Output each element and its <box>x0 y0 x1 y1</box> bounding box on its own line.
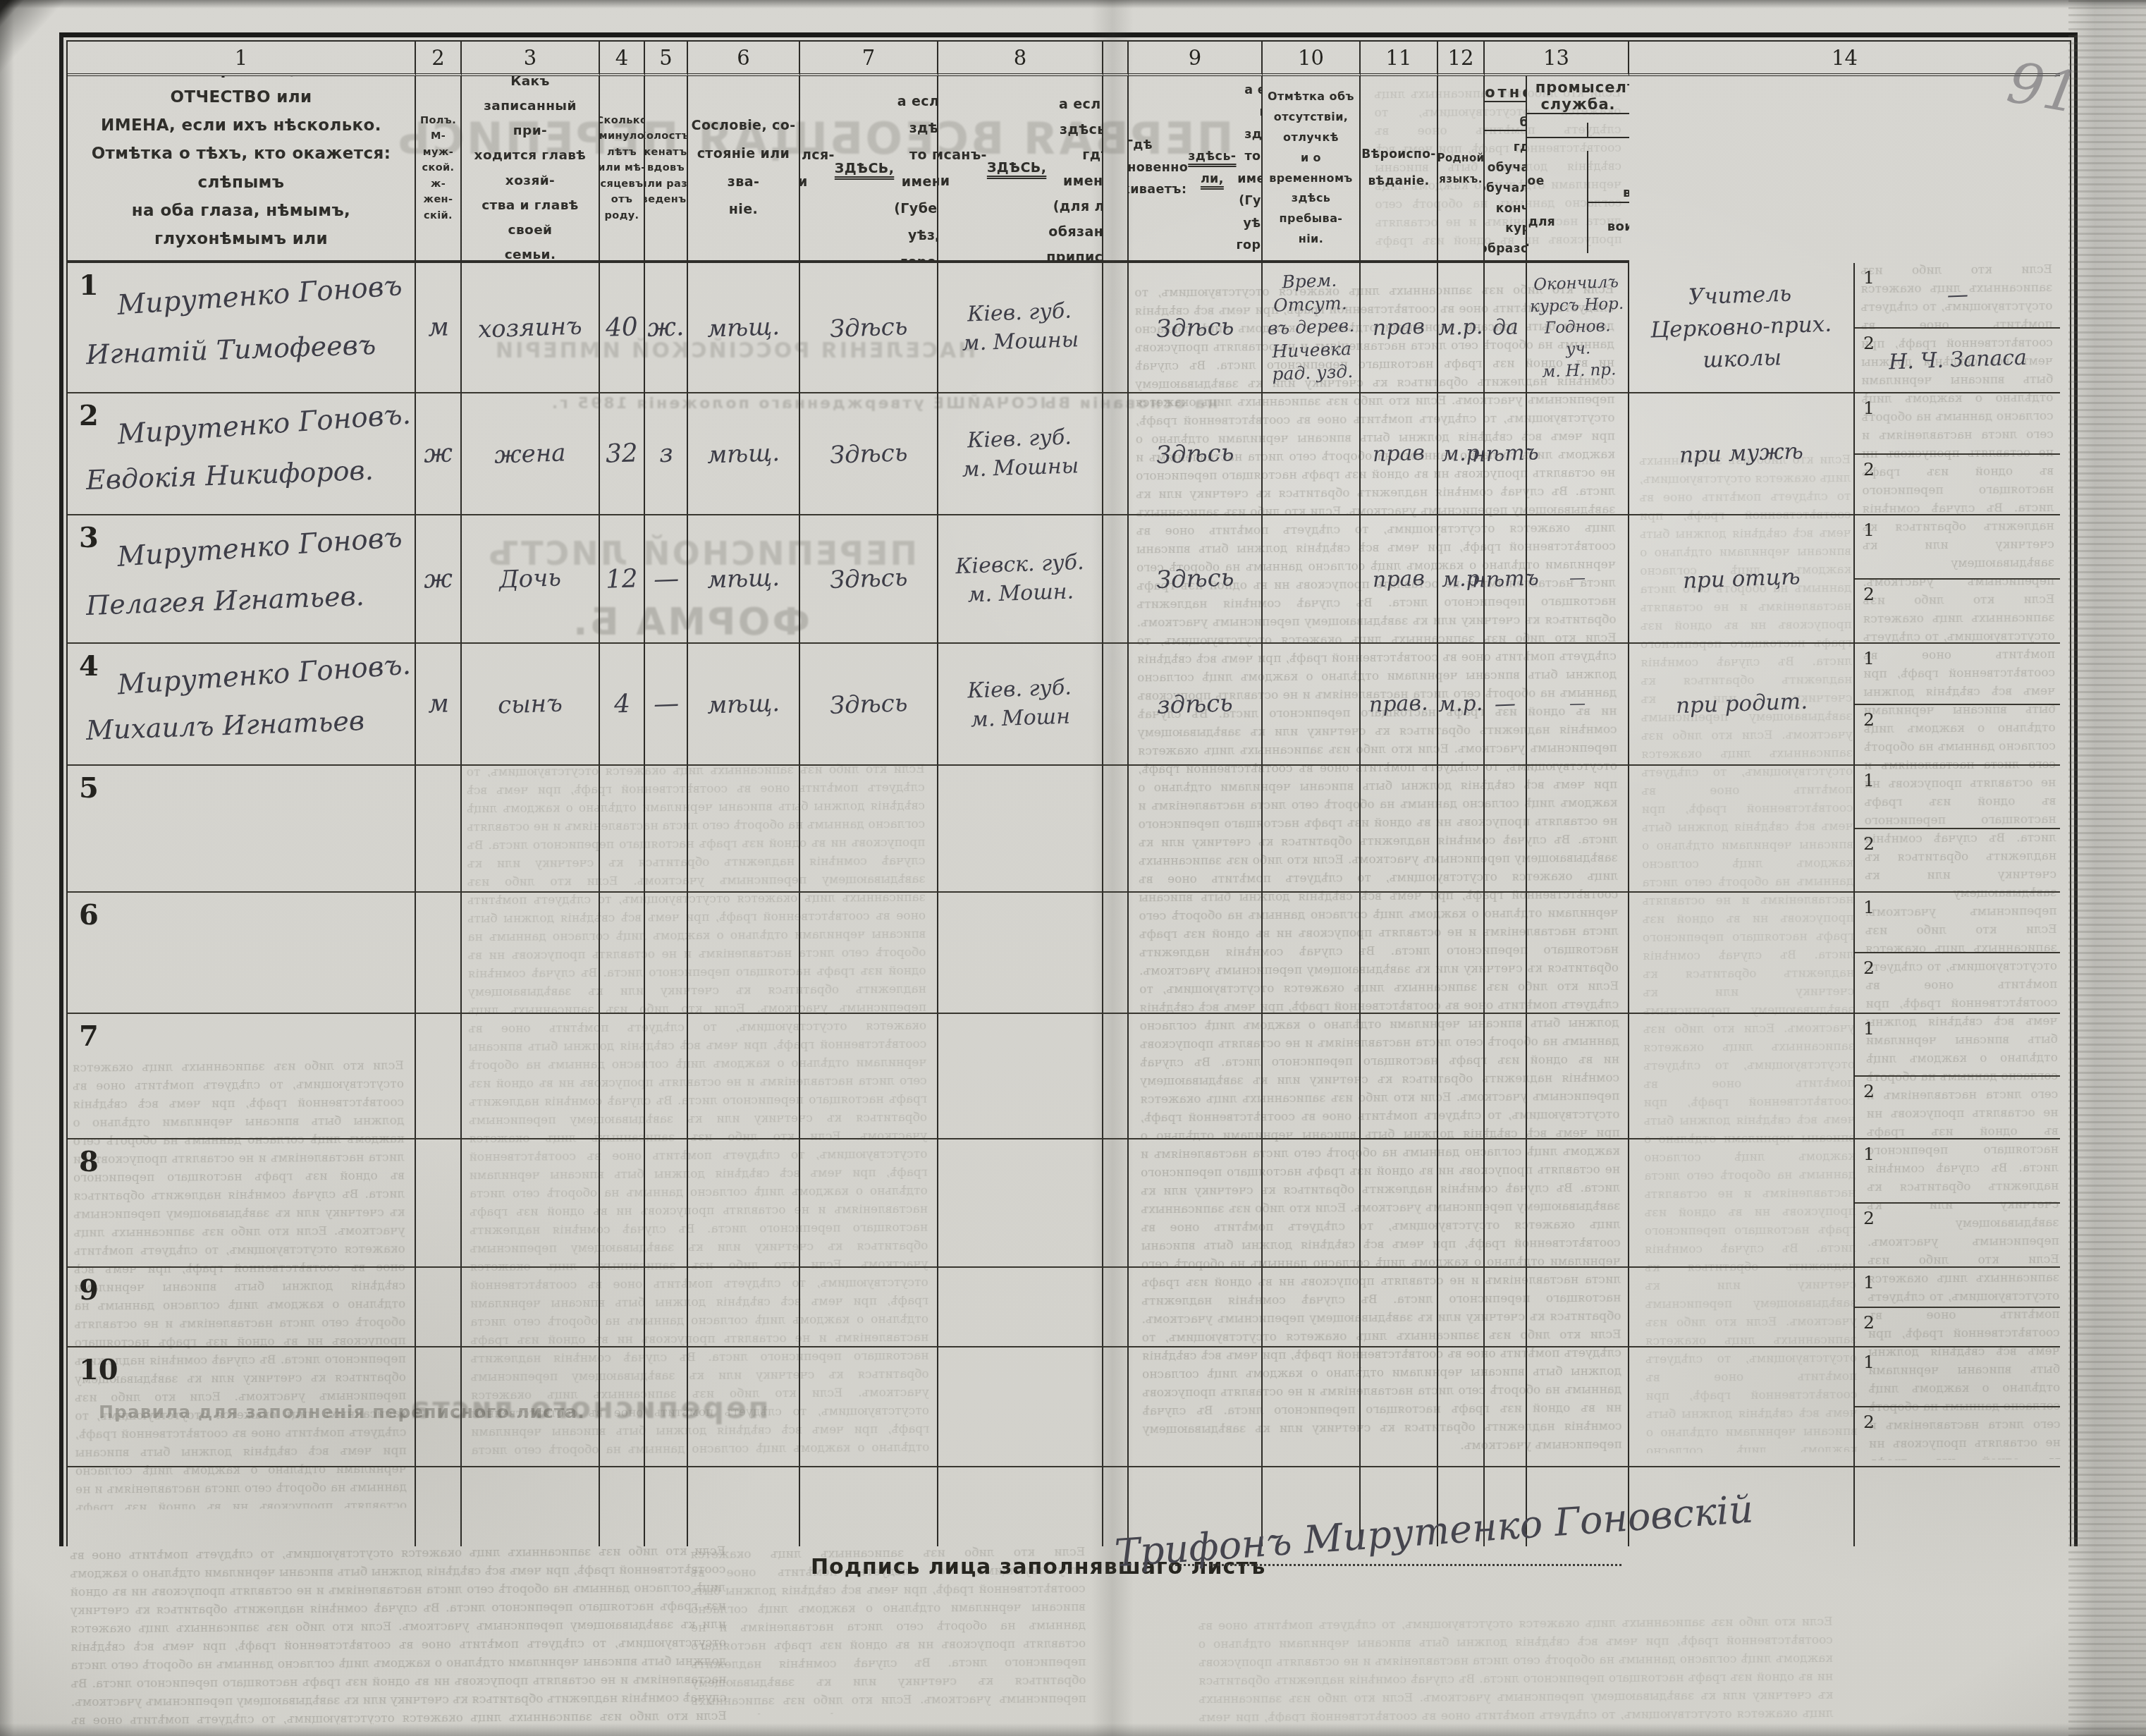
table-body: 1Мирутенко ГоновъИгнатій Тимофеевъмхозяи… <box>68 263 2070 1467</box>
cell-row4-gut <box>1103 644 1129 766</box>
column-header-secondary-occupation: 1. Побочное или вспомогательное. 2 Полож… <box>1588 169 1629 236</box>
handwritten-entry: — <box>1569 568 1586 590</box>
handwritten-entry: — <box>653 564 679 594</box>
cell-row6-c14b: 12 <box>1855 893 2060 1014</box>
literacy-b-label: б. <box>1485 116 1527 131</box>
tail-c5 <box>645 1467 688 1546</box>
military-status-subcell: 2 <box>1855 953 2060 1013</box>
military-status-item: 2 Положеніе по воинской повинности. <box>1588 203 1629 236</box>
cell-row8-c13b <box>1527 1139 1629 1268</box>
cell-row4-c3: сынъ <box>462 644 600 766</box>
handwritten-entry: Здѣсь <box>829 439 908 470</box>
secondary-occupation-subcell: 1 <box>1855 1268 2060 1308</box>
cell-row10-c2 <box>416 1347 462 1467</box>
subrow-number: 1 <box>1863 398 1875 418</box>
cell-row3-c6: мѣщ. <box>688 515 800 644</box>
cell-row10-c14b: 12 <box>1855 1347 2060 1467</box>
cell-row9-c1: 9 <box>68 1268 416 1347</box>
cell-row2-c14b: 12 <box>1855 393 2060 515</box>
cell-row10-c13a <box>1485 1347 1527 1467</box>
cell-row10-c6 <box>688 1347 800 1467</box>
cell-row2-c3: жена <box>462 393 600 515</box>
subrow-number: 2 <box>1863 584 1875 604</box>
row-number: 9 <box>79 1273 99 1307</box>
cell-row9-c5 <box>645 1268 688 1347</box>
subrow-number: 1 <box>1863 1018 1875 1039</box>
column-number-8: 8 <box>938 42 1103 76</box>
cell-row1-c3: хозяинъ <box>462 263 600 393</box>
handwritten-entry: мѣщ. <box>706 312 780 343</box>
cell-row3-gut <box>1103 515 1129 644</box>
handwritten-entry: нѣтъ <box>1471 440 1539 467</box>
cell-row1-c7: Здѣсь <box>800 263 938 393</box>
cell-row9-c12 <box>1438 1268 1485 1347</box>
row-number: 3 <box>79 521 99 554</box>
cell-row6-c13a <box>1485 893 1527 1014</box>
column-header-occupation-group: Занятіе, ремесло, промыселъ, должность и… <box>1527 76 1629 263</box>
column-header-birthplace: Родился-ли ЗДѢСЬ, а если не здѣсь, то гд… <box>800 76 938 263</box>
page-number-pencil: 91 <box>2003 49 2085 126</box>
cell-row5-c11 <box>1361 766 1438 893</box>
handwritten-entry: 32 <box>605 439 638 469</box>
column-number-1: 1 <box>68 42 416 76</box>
header-text: Приписанъ-ли <box>938 142 987 193</box>
handwritten-entry: хозяинъ <box>478 312 583 343</box>
cell-row4-c5: — <box>645 644 688 766</box>
cell-row3-c14a: при отцѣ <box>1629 515 1855 644</box>
column-header-language: Родной языкъ. <box>1438 76 1485 263</box>
column-number-11: 11 <box>1361 42 1438 76</box>
column-header-main-occupation: Главное, то есть то, которое доставляетъ… <box>1527 151 1588 252</box>
cell-row6-c5 <box>645 893 688 1014</box>
cell-row4-c4: 4 <box>600 644 645 766</box>
cell-row1-c13a: да <box>1485 263 1527 393</box>
cell-row9-c14b: 12 <box>1855 1268 2060 1347</box>
cell-row8-c11 <box>1361 1139 1438 1268</box>
handwritten-entry: жена <box>494 439 567 470</box>
secondary-occupation-subcell: 1 <box>1855 644 2060 705</box>
subrow-number: 1 <box>1863 1144 1875 1164</box>
handwritten-surname: Мирутенко Гоновъ <box>116 270 403 322</box>
cell-row3-c3: Дочь <box>462 515 600 644</box>
cell-row8-c14a <box>1629 1139 1855 1268</box>
handwritten-entry: Кіевск. губ. м. Мошн. <box>955 548 1086 609</box>
cell-row6-c1: 6 <box>68 893 416 1014</box>
cell-row4-c1: 4Мирутенко Гоновъ.Михаилъ Игнатьев <box>68 644 416 766</box>
cell-row2-c7: Здѣсь <box>800 393 938 515</box>
cell-row10-c4 <box>600 1347 645 1467</box>
cell-row10-c13b <box>1527 1347 1629 1467</box>
cell-row3-c7: Здѣсь <box>800 515 938 644</box>
handwritten-entry: Учитель Церковно-прих. школы <box>1649 277 1834 379</box>
header-descriptions-row: ФАМИЛІЯ, (прозвище), ИМЯ и ОТЧЕСТВО или … <box>68 76 2070 263</box>
cell-row3-c4: 12 <box>600 515 645 644</box>
subrow-number: 2 <box>1863 709 1875 730</box>
subrow-number: 2 <box>1863 333 1875 353</box>
cell-row9-c2 <box>416 1268 462 1347</box>
cell-row10-c1: 10 <box>68 1347 416 1467</box>
cell-row6-c13b <box>1527 893 1629 1014</box>
cell-row6-c8 <box>938 893 1103 1014</box>
cell-row3-c8: Кіевск. губ. м. Мошн. <box>938 515 1103 644</box>
cell-row4-c12: м.р. <box>1438 644 1485 766</box>
cell-row10-c8 <box>938 1347 1103 1467</box>
cell-row7-c3 <box>462 1014 600 1139</box>
column-number-4: 4 <box>600 42 645 76</box>
handwritten-entry: прав <box>1372 441 1425 467</box>
handwritten-entry: Окончилъ курсъ Нор. Годнов. уч. м. Н. пр… <box>1528 271 1626 384</box>
handwritten-entry: при мужѣ <box>1679 436 1803 472</box>
cell-row9-c10 <box>1263 1268 1361 1347</box>
handwritten-given-name: Пелагея Игнатьев. <box>85 580 364 621</box>
cell-row9-c7 <box>800 1268 938 1347</box>
header-text: а если не здѣсь, то гдѣ именно? (для лиц… <box>1046 76 1103 263</box>
cell-row9-c3 <box>462 1268 600 1347</box>
cell-row3-c14b: 12 <box>1855 515 2060 644</box>
handwritten-entry: — <box>1946 282 1968 307</box>
cell-row8-gut <box>1103 1139 1129 1268</box>
cell-row7-c9 <box>1129 1014 1263 1139</box>
subrow-number: 2 <box>1863 459 1875 479</box>
handwritten-surname: Мирутенко Гоновъ. <box>116 649 412 702</box>
cell-row1-c5: ж. <box>645 263 688 393</box>
column-number-10: 10 <box>1263 42 1361 76</box>
handwritten-entry: мѣщ. <box>706 563 780 594</box>
cell-row10-c7 <box>800 1347 938 1467</box>
cell-row2-c13b <box>1527 393 1629 515</box>
cell-row7-c4 <box>600 1014 645 1139</box>
handwritten-entry: Здѣсь <box>1155 439 1234 470</box>
handwritten-entry: Здѣсь <box>829 563 908 594</box>
handwritten-entry: прав <box>1372 314 1425 341</box>
cell-row5-c13a <box>1485 766 1527 893</box>
handwritten-entry: Кіев. губ. м. Мошн <box>967 673 1073 734</box>
cell-row1-c10: Врем. Отсут. въ дерев. Ничевка рад. узд. <box>1263 263 1361 393</box>
cell-row1-gut <box>1103 263 1129 393</box>
occupation-group-title: Занятіе, ремесло, промыселъ, должность и… <box>1527 79 1629 114</box>
cell-row3-c13a: нѣтъ <box>1485 515 1527 644</box>
header-text: Гдѣ обыкновенно проживаетъ: <box>1129 135 1188 202</box>
handwritten-entry: Здѣсь <box>829 312 908 343</box>
subrow-number: 2 <box>1863 958 1875 978</box>
subrow-number: 2 <box>1863 833 1875 854</box>
census-table-frame: 1 2 3 4 5 6 7 8 9 10 11 12 13 14 ФАМИЛІЯ… <box>59 32 2078 1546</box>
column-header-religion: Вѣроиспо- вѣданіе. <box>1361 76 1438 263</box>
military-status-subcell: 2 <box>1855 705 2060 765</box>
subrow-number: 1 <box>1863 897 1875 917</box>
cell-row6-c2 <box>416 893 462 1014</box>
cell-row5-c8 <box>938 766 1103 893</box>
cell-row6-c3 <box>462 893 600 1014</box>
handwritten-entry: м.р. <box>1438 691 1483 717</box>
handwritten-surname: Мирутенко Гоновъ <box>116 522 403 573</box>
handwritten-entry: сынъ <box>497 689 563 719</box>
column-number-6: 6 <box>688 42 800 76</box>
cell-row8-c9 <box>1129 1139 1263 1268</box>
handwritten-entry: здѣсь <box>1157 689 1234 720</box>
cell-row6-c4 <box>600 893 645 1014</box>
cell-row5-c10 <box>1263 766 1361 893</box>
cell-row7-c13b <box>1527 1014 1629 1139</box>
column-header-literacy-group: Грамотность. а. б. Умѣетъ- ли читать? гд… <box>1485 76 1527 263</box>
cell-row2-gut <box>1103 393 1129 515</box>
subrow-number: 1 <box>1863 1352 1875 1372</box>
handwritten-entry: при родит. <box>1675 686 1808 722</box>
cell-row8-c8 <box>938 1139 1103 1268</box>
header-underlined: ЗДѢСЬ, <box>987 155 1046 181</box>
handwritten-entry: — <box>1569 693 1586 716</box>
row-number: 7 <box>79 1020 99 1053</box>
tail-c2 <box>416 1467 462 1546</box>
fold-gutter <box>1103 76 1129 263</box>
cell-row10-c10 <box>1263 1347 1361 1467</box>
cell-row2-c2: ж <box>416 393 462 515</box>
cell-row5-c14b: 12 <box>1855 766 2060 893</box>
cell-row6-c6 <box>688 893 800 1014</box>
cell-row6-gut <box>1103 893 1129 1014</box>
header-numbers-row: 1 2 3 4 5 6 7 8 9 10 11 12 13 14 <box>68 42 2070 76</box>
subrow-number: 1 <box>1863 267 1875 288</box>
cell-row7-c6 <box>688 1014 800 1139</box>
bleed-text: Если кто либо изъ записанныхъ лицъ окаже… <box>1198 1613 1833 1723</box>
header-underlined: ЗДѢСЬ, <box>835 155 894 182</box>
cell-row2-c10 <box>1263 393 1361 515</box>
secondary-occupation-subcell: 1 <box>1855 1014 2060 1077</box>
occupation-a-label: а. <box>1527 123 1588 138</box>
cell-row6-c7 <box>800 893 938 1014</box>
header-text: Родился-ли <box>800 142 835 195</box>
subrow-number: 2 <box>1863 1208 1875 1228</box>
secondary-occupation-subcell: 1 <box>1855 1347 2060 1407</box>
handwritten-entry: м <box>427 312 449 342</box>
handwritten-entry: Здѣсь <box>1155 312 1234 343</box>
row-number: 10 <box>79 1353 118 1386</box>
column-number-2: 2 <box>416 42 462 76</box>
cell-row6-c11 <box>1361 893 1438 1014</box>
cell-row1-c9: Здѣсь <box>1129 263 1263 393</box>
tail-c3 <box>462 1467 600 1546</box>
subrow-number: 2 <box>1863 1081 1875 1101</box>
cell-row1-c11: прав <box>1361 263 1438 393</box>
cell-row8-c13a <box>1485 1139 1527 1268</box>
handwritten-entry: мѣщ. <box>706 689 780 720</box>
secondary-occupation-subcell: 1 <box>1855 515 2060 580</box>
cell-row1-c14b: 1—2Н. Ч. Запаса <box>1855 263 2060 393</box>
column-number-14: 14 <box>1629 42 2060 76</box>
cell-row6-c12 <box>1438 893 1485 1014</box>
occupation-b-label: б. <box>1588 123 1629 138</box>
column-number-9: 9 <box>1129 42 1263 76</box>
cell-row8-c10 <box>1263 1139 1361 1268</box>
subrow-number: 1 <box>1863 520 1875 540</box>
handwritten-entry: Здѣсь <box>1155 563 1234 594</box>
secondary-occupation-item: 1. Побочное или вспомогательное. <box>1588 169 1629 203</box>
handwritten-surname: Мирутенко Гоновъ. <box>116 399 412 451</box>
cell-row2-c13a: нѣтъ <box>1485 393 1527 515</box>
column-header-age: Сколько минуло лѣтъ или мѣ- сяцевъ отъ р… <box>600 76 645 263</box>
cell-row7-c1: 7 <box>68 1014 416 1139</box>
cell-row2-c8: Кіев. губ. м. Мошны <box>938 393 1103 515</box>
cell-row2-c5: з <box>645 393 688 515</box>
cell-row9-c11 <box>1361 1268 1438 1347</box>
cell-row4-c6: мѣщ. <box>688 644 800 766</box>
handwritten-entry: ж <box>423 439 453 468</box>
cell-row9-c4 <box>600 1268 645 1347</box>
tail-c6 <box>688 1467 800 1546</box>
handwritten-entry: Здѣсь <box>829 689 908 720</box>
cell-row5-c13b <box>1527 766 1629 893</box>
military-status-subcell: 2 <box>1855 1204 2060 1266</box>
column-number-12: 12 <box>1438 42 1485 76</box>
row-number: 4 <box>79 649 99 683</box>
cell-row8-c3 <box>462 1139 600 1268</box>
cell-row2-c14a: при мужѣ <box>1629 393 1855 515</box>
military-status-subcell: 2 <box>1855 1077 2060 1138</box>
column-header-education: гдѣ обучается, обучался или кончилъ курс… <box>1485 137 1527 259</box>
cell-row5-c3 <box>462 766 600 893</box>
column-header-residence: Гдѣ обыкновенно проживаетъ: здѣсь-ли, а … <box>1129 76 1263 263</box>
handwritten-entry: м.р. <box>1438 314 1483 341</box>
cell-row5-c12 <box>1438 766 1485 893</box>
cell-row2-c1: 2Мирутенко Гоновъ.Евдокія Никифоров. <box>68 393 416 515</box>
handwritten-entry: м <box>427 689 449 719</box>
cell-row4-c10 <box>1263 644 1361 766</box>
cell-row1-c6: мѣщ. <box>688 263 800 393</box>
subrow-number: 1 <box>1863 648 1875 668</box>
cell-row7-c12 <box>1438 1014 1485 1139</box>
handwritten-entry: Н. Ч. Запаса <box>1888 346 2027 375</box>
row-number: 6 <box>79 898 99 931</box>
cell-row1-c2: м <box>416 263 462 393</box>
handwritten-entry: ж. <box>647 312 685 343</box>
cell-row1-c14a: Учитель Церковно-прих. школы <box>1629 263 1855 393</box>
cell-row2-c11: прав <box>1361 393 1438 515</box>
cell-row7-c2 <box>416 1014 462 1139</box>
cell-row4-c14b: 12 <box>1855 644 2060 766</box>
cell-row5-c4 <box>600 766 645 893</box>
secondary-occupation-subcell: 1 <box>1855 766 2060 829</box>
cell-row2-c9: Здѣсь <box>1129 393 1263 515</box>
cell-row1-c4: 40 <box>600 263 645 393</box>
cell-row9-gut <box>1103 1268 1129 1347</box>
cell-row7-gut <box>1103 1014 1129 1139</box>
handwritten-given-name: Игнатій Тимофеевъ <box>85 329 376 369</box>
cell-row3-c13b: — <box>1527 515 1629 644</box>
subrow-number: 1 <box>1863 1272 1875 1292</box>
cell-row3-c5: — <box>645 515 688 644</box>
cell-row6-c10 <box>1263 893 1361 1014</box>
cell-row9-c6 <box>688 1268 800 1347</box>
cell-row7-c8 <box>938 1014 1103 1139</box>
cell-row1-c12: м.р. <box>1438 263 1485 393</box>
secondary-occupation-subcell: 1 <box>1855 893 2060 953</box>
cell-row5-gut <box>1103 766 1129 893</box>
cell-row3-c2: ж <box>416 515 462 644</box>
column-number-7: 7 <box>800 42 938 76</box>
cell-row10-c12 <box>1438 1347 1485 1467</box>
handwritten-entry: — <box>653 689 679 719</box>
handwritten-entry: 4 <box>613 690 630 719</box>
handwritten-entry: Врем. Отсут. въ дерев. Ничевка рад. узд. <box>1265 269 1356 386</box>
handwritten-given-name: Михаилъ Игнатьев <box>85 705 364 746</box>
column-header-estate: Сословіе, со- стояніе или зва- ніе. <box>688 76 800 263</box>
column-number-3: 3 <box>462 42 600 76</box>
cell-row6-c14a <box>1629 893 1855 1014</box>
column-header-sex: Полъ. М-муж- ской. ж-жен- скій. <box>416 76 462 263</box>
tail-c4 <box>600 1467 645 1546</box>
cell-row8-c2 <box>416 1139 462 1268</box>
header-text: а если не здѣсь, то гдѣ именно? (Губер.,… <box>1237 80 1263 257</box>
subrow-number: 2 <box>1863 1412 1875 1432</box>
handwritten-entry: — <box>1494 691 1516 716</box>
adjacent-page-edge <box>2068 0 2146 1736</box>
handwritten-entry: Дочь <box>498 563 561 594</box>
cell-row9-c9 <box>1129 1268 1263 1347</box>
secondary-occupation-subcell: 1 <box>1855 1139 2060 1204</box>
table-tail <box>68 1467 2070 1546</box>
cell-row5-c9 <box>1129 766 1263 893</box>
cell-row7-c10 <box>1263 1014 1361 1139</box>
tail-c1 <box>68 1467 416 1546</box>
cell-row4-c14a: при родит. <box>1629 644 1855 766</box>
military-status-subcell: 2 <box>1855 829 2060 891</box>
handwritten-entry: з <box>658 439 673 469</box>
row-number: 2 <box>79 399 99 432</box>
military-status-subcell: 2 <box>1855 1407 2060 1466</box>
cell-row7-c14b: 12 <box>1855 1014 2060 1139</box>
bleed-text: Если кто либо изъ записанныхъ лицъ окаже… <box>70 1542 727 1726</box>
cell-row8-c4 <box>600 1139 645 1268</box>
cell-row5-c7 <box>800 766 938 893</box>
cell-row9-c13b <box>1527 1268 1629 1347</box>
cell-row1-c13b: Окончилъ курсъ Нор. Годнов. уч. м. Н. пр… <box>1527 263 1629 393</box>
subrow-number: 1 <box>1863 770 1875 790</box>
cell-row4-c13b: — <box>1527 644 1629 766</box>
column-number-5: 5 <box>645 42 688 76</box>
military-status-subcell: 2 <box>1855 1308 2060 1347</box>
subrow-number: 2 <box>1863 1312 1875 1333</box>
literacy-group-title: Грамотность. <box>1485 84 1527 102</box>
handwritten-entry: при отцѣ <box>1682 561 1801 597</box>
cell-row7-c14a <box>1629 1014 1855 1139</box>
cell-row7-c13a <box>1485 1014 1527 1139</box>
scanned-census-sheet: Если кто либо изъ записанныхъ лицъ окаже… <box>0 0 2146 1736</box>
cell-row8-c6 <box>688 1139 800 1268</box>
cell-row10-c5 <box>645 1347 688 1467</box>
cell-row5-c6 <box>688 766 800 893</box>
handwritten-entry: Кіев. губ. м. Мошны <box>961 297 1079 358</box>
cell-row1-c8: Кіев. губ. м. Мошны <box>938 263 1103 393</box>
cell-row2-c4: 32 <box>600 393 645 515</box>
handwritten-entry: да <box>1492 314 1519 340</box>
cell-row3-c1: 3Мирутенко ГоновъПелагея Игнатьев. <box>68 515 416 644</box>
row-number: 5 <box>79 771 99 805</box>
cell-row10-c9 <box>1129 1347 1263 1467</box>
handwritten-entry: ж <box>423 564 453 594</box>
handwritten-entry: прав <box>1372 566 1425 592</box>
cell-row7-c5 <box>645 1014 688 1139</box>
cell-row4-c9: здѣсь <box>1129 644 1263 766</box>
cell-row8-c12 <box>1438 1139 1485 1268</box>
column-header-surname: ФАМИЛІЯ, (прозвище), ИМЯ и ОТЧЕСТВО или … <box>68 76 416 263</box>
cell-row9-c14a <box>1629 1268 1855 1347</box>
cell-row8-c5 <box>645 1139 688 1268</box>
cell-row10-c11 <box>1361 1347 1438 1467</box>
row-number: 8 <box>79 1145 99 1178</box>
cell-row4-c11: прав. <box>1361 644 1438 766</box>
row-number: 1 <box>79 269 99 302</box>
handwritten-entry: Кіев. губ. м. Мошны <box>961 423 1079 484</box>
